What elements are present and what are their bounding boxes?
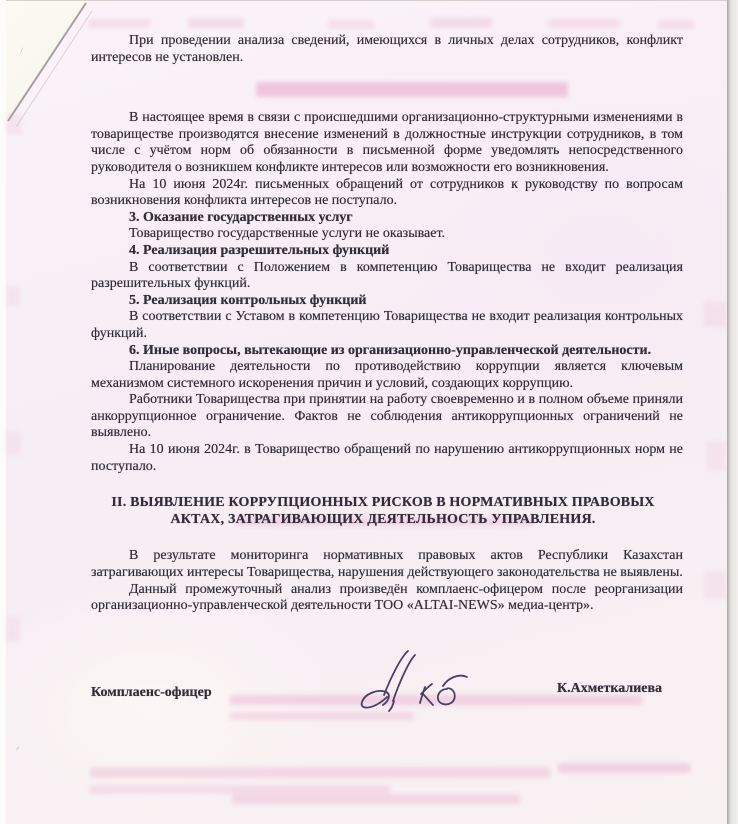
- section-heading-6: 6. Иные вопросы, вытекающие из организац…: [91, 343, 683, 360]
- document-text: При проведении анализа сведений, имеющих…: [6, 1, 727, 731]
- section-heading-3: 3. Оказание государственных услуг: [91, 210, 683, 227]
- section-heading-2-roman: II. ВЫЯВЛЕНИЕ КОРРУПЦИОННЫХ РИСКОВ В НОР…: [97, 495, 669, 528]
- bleed-through-artifact: [232, 794, 520, 804]
- bleed-through-artifact: [558, 763, 690, 773]
- section-heading-4: 4. Реализация разрешительных функций: [91, 243, 683, 260]
- bleed-through-artifact: [90, 785, 390, 794]
- paragraph: В настоящее время в связи с происшедшими…: [91, 110, 683, 176]
- signature-name: К.Ахметкалиева: [557, 681, 662, 698]
- paragraph: В соответствии с Уставом в компетенцию Т…: [91, 309, 683, 342]
- bleed-through-artifact: [90, 767, 550, 778]
- signature-role-label: Комплаенс-офицер: [91, 685, 212, 702]
- paragraph: Планирование деятельности по противодейс…: [91, 359, 683, 392]
- paragraph: В соответствии с Положением в компетенци…: [91, 260, 683, 293]
- paragraph: В результате мониторинга нормативных пра…: [91, 548, 683, 581]
- scan-speck: ᐟ: [16, 745, 20, 756]
- paragraph: Работники Товарищества при принятии на р…: [91, 392, 683, 442]
- scan-background-right: [727, 0, 738, 824]
- handwritten-signature: [353, 645, 473, 725]
- section-heading-5: 5. Реализация контрольных функций: [91, 293, 683, 310]
- paragraph: На 10 июня 2024г. в Товарищество обращен…: [91, 442, 683, 475]
- paragraph: На 10 июня 2024г. письменных обращений о…: [91, 177, 683, 210]
- paragraph: Товарищество государственные услуги не о…: [91, 226, 683, 243]
- signature-block: Комплаенс-офицер К.Ахметкалиева: [91, 671, 683, 731]
- paragraph: Данный промежуточный анализ произведён к…: [91, 582, 683, 615]
- paragraph: При проведении анализа сведений, имеющих…: [91, 33, 683, 66]
- document-page: ﹨ ᐟ При проведении анализа сведений, име…: [6, 0, 727, 824]
